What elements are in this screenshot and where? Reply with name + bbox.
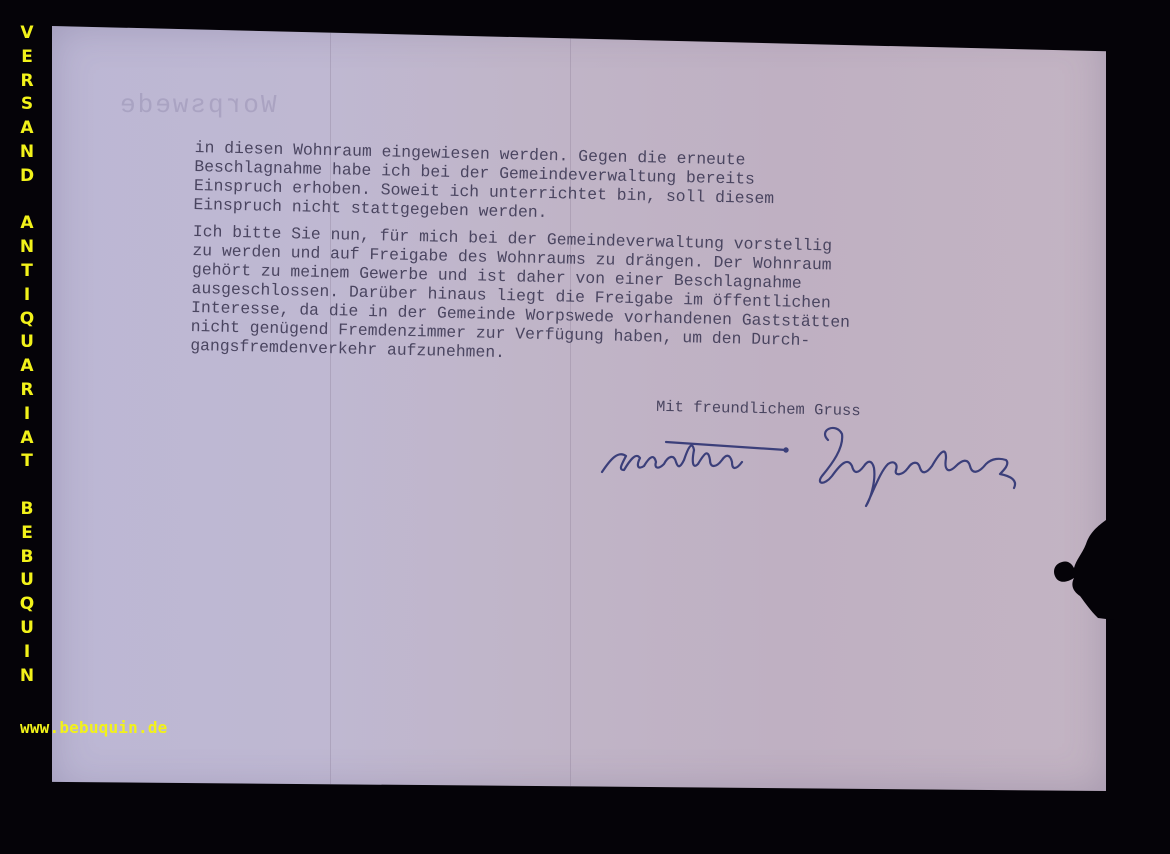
watermark-letter: T <box>18 260 36 284</box>
watermark-letter: I <box>18 284 36 308</box>
watermark-gap <box>18 474 36 498</box>
watermark-vertical: VERSANDANTIQUARIATBEBUQUIN <box>18 22 36 688</box>
watermark-letter: U <box>18 569 36 593</box>
watermark-letter: D <box>18 165 36 189</box>
watermark-gap <box>18 189 36 213</box>
watermark-letter: B <box>18 498 36 522</box>
paper-fold-line <box>570 26 571 791</box>
watermark-letter: N <box>18 141 36 165</box>
watermark-letter: A <box>18 117 36 141</box>
watermark-letter: V <box>18 22 36 46</box>
watermark-letter: A <box>18 355 36 379</box>
watermark-letter: Q <box>18 308 36 332</box>
watermark-letter: I <box>18 641 36 665</box>
letter-body: in diesen Wohnraum eingewiesen werden. G… <box>190 138 1095 383</box>
watermark-letter: B <box>18 546 36 570</box>
watermark-letter: U <box>18 617 36 641</box>
letter-paragraph: Ich bitte Sie nun, für mich bei der Geme… <box>190 222 1093 375</box>
watermark-letter: R <box>18 70 36 94</box>
handwritten-signature <box>596 420 1066 510</box>
show-through-text: Worpswede <box>118 90 276 120</box>
watermark-letter: E <box>18 46 36 70</box>
watermark-letter: N <box>18 236 36 260</box>
watermark-letter: N <box>18 665 36 689</box>
watermark-url: www.bebuquin.de <box>20 718 168 737</box>
watermark-letter: A <box>18 212 36 236</box>
watermark-letter: E <box>18 522 36 546</box>
watermark-letter: U <box>18 331 36 355</box>
paper-edge-notch <box>1034 520 1114 620</box>
watermark-letter: S <box>18 93 36 117</box>
watermark-letter: I <box>18 403 36 427</box>
watermark-letter: R <box>18 379 36 403</box>
watermark-letter: Q <box>18 593 36 617</box>
watermark-letter: T <box>18 450 36 474</box>
watermark-letter: A <box>18 427 36 451</box>
